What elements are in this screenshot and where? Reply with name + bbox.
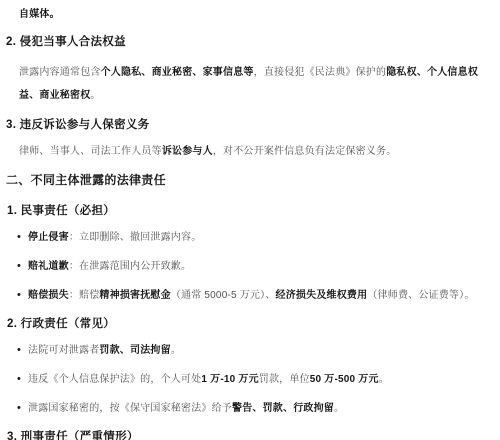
text-run: ：赔偿 xyxy=(69,290,100,301)
bullet-item-apology: • 赔礼道歉：在泄露范围内公开致歉。 xyxy=(17,258,484,275)
text-run: 赔偿损失 xyxy=(28,290,69,301)
heading-infringe-rights: 2. 侵犯当事人合法权益 xyxy=(6,34,484,50)
text-run: 泄露内容通常包含 xyxy=(19,67,101,78)
civil-bullet-list: • 停止侵害：立即删除、撤回泄露内容。 • 赔礼道歉：在泄露范围内公开致歉。 •… xyxy=(6,229,484,304)
text-run: 诉讼参与人 xyxy=(162,146,213,157)
text-run: 个人隐私、商业秘密、家事信息等 xyxy=(101,67,254,78)
bullet-icon: • xyxy=(17,371,28,388)
heading-criminal-liability: 3. 刑事责任（严重情形） xyxy=(7,429,484,440)
text-run: 1 万-10 万元 xyxy=(201,374,258,385)
text-run: 自媒体。 xyxy=(19,9,60,20)
text-run: 停止侵害 xyxy=(28,232,69,243)
text-run: 。 xyxy=(379,374,389,385)
bullet-item-court-fine: • 法院可对泄露者罚款、司法拘留。 xyxy=(17,342,484,359)
bullet-text: 违反《个人信息保护法》的，个人可处1 万-10 万元罚款，单位50 万-500 … xyxy=(28,371,484,388)
text-run: 违反《个人信息保护法》的，个人可处 xyxy=(28,374,201,385)
section-heading-legal-liability: 二、不同主体泄露的法律责任 xyxy=(6,171,484,189)
bullet-text: 赔礼道歉：在泄露范围内公开致歉。 xyxy=(28,258,484,275)
paragraph-intro-tail: 自媒体。 xyxy=(19,3,484,26)
text-run: 法院可对泄露者 xyxy=(28,345,99,356)
text-run: 律师、当事人、司法工作人员等 xyxy=(19,146,162,157)
bullet-icon: • xyxy=(17,258,28,275)
paragraph-confidentiality-duty: 律师、当事人、司法工作人员等诉讼参与人，对不公开案件信息负有法定保密义务。 xyxy=(19,140,484,163)
bullet-text: 法院可对泄露者罚款、司法拘留。 xyxy=(28,342,484,359)
text-run: ：立即删除、撤回泄露内容。 xyxy=(69,232,202,243)
text-run: 。 xyxy=(90,90,100,101)
text-run: （律师费、公证费等）。 xyxy=(367,290,474,301)
bullet-item-state-secrets: • 泄露国家秘密的，按《保守国家秘密法》给予警告、罚款、行政拘留。 xyxy=(17,400,484,417)
text-run: 经济损失及维权费用 xyxy=(276,290,368,301)
heading-confidentiality-duty: 3. 违反诉讼参与人保密义务 xyxy=(6,117,484,133)
text-run: 罚款，单位 xyxy=(259,374,310,385)
text-run: 。 xyxy=(171,345,181,356)
admin-bullet-list: • 法院可对泄露者罚款、司法拘留。 • 违反《个人信息保护法》的，个人可处1 万… xyxy=(6,342,484,417)
bullet-icon: • xyxy=(17,287,28,304)
heading-civil-liability: 1. 民事责任（必担） xyxy=(7,203,484,219)
bullet-text: 泄露国家秘密的，按《保守国家秘密法》给予警告、罚款、行政拘留。 xyxy=(28,400,484,417)
text-run: 罚款、司法拘留 xyxy=(99,345,170,356)
text-run: 警告、罚款、行政拘留 xyxy=(232,403,334,414)
bullet-icon: • xyxy=(17,342,28,359)
bullet-item-stop-infringement: • 停止侵害：立即删除、撤回泄露内容。 xyxy=(17,229,484,246)
document-body: 自媒体。 2. 侵犯当事人合法权益 泄露内容通常包含个人隐私、商业秘密、家事信息… xyxy=(0,0,500,440)
bullet-text: 停止侵害：立即删除、撤回泄露内容。 xyxy=(28,229,484,246)
text-run: 赔礼道歉 xyxy=(28,261,69,272)
text-run: 精神损害抚慰金 xyxy=(99,290,170,301)
text-run: ：在泄露范围内公开致歉。 xyxy=(69,261,191,272)
bullet-icon: • xyxy=(17,400,28,417)
heading-admin-liability: 2. 行政责任（常见） xyxy=(7,316,484,332)
text-run: ，对不公开案件信息负有法定保密义务。 xyxy=(213,146,397,157)
text-run: （通常 5000-5 万元）、 xyxy=(171,290,276,301)
text-run: 泄露国家秘密的，按《保守国家秘密法》给予 xyxy=(28,403,232,414)
bullet-item-pipl-fine: • 违反《个人信息保护法》的，个人可处1 万-10 万元罚款，单位50 万-50… xyxy=(17,371,484,388)
text-run: 50 万-500 万元 xyxy=(310,374,379,385)
bullet-icon: • xyxy=(17,229,28,246)
bullet-item-compensation: • 赔偿损失：赔偿精神损害抚慰金（通常 5000-5 万元）、经济损失及维权费用… xyxy=(17,287,484,304)
bullet-text: 赔偿损失：赔偿精神损害抚慰金（通常 5000-5 万元）、经济损失及维权费用（律… xyxy=(28,287,484,304)
text-run: ，直接侵犯《民法典》保护的 xyxy=(254,67,387,78)
paragraph-infringe-rights: 泄露内容通常包含个人隐私、商业秘密、家事信息等，直接侵犯《民法典》保护的隐私权、… xyxy=(19,61,484,107)
text-run: 。 xyxy=(334,403,344,414)
